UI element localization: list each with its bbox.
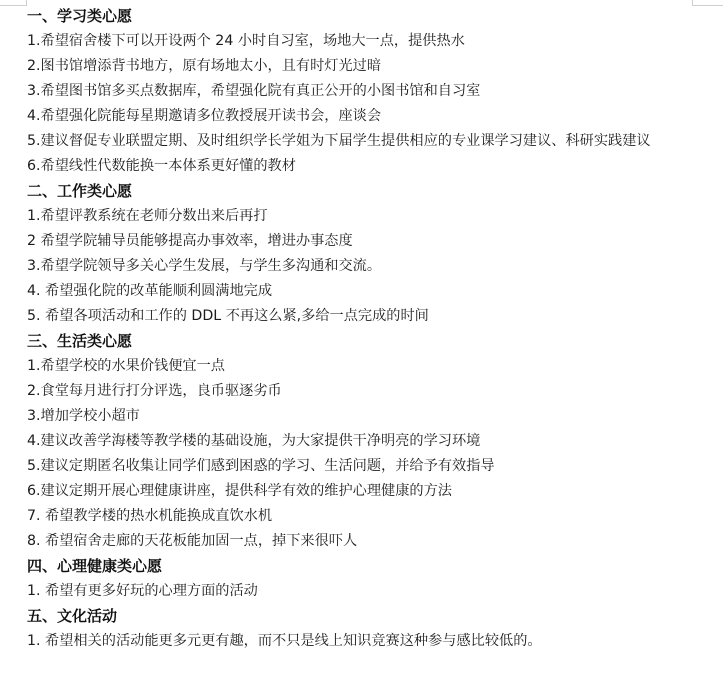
section-heading-life: 三、生活类心愿 xyxy=(27,329,717,354)
list-item: 2.食堂每月进行打分评选，良币驱逐劣币 xyxy=(27,379,717,404)
document-body: 一、学习类心愿 1.希望宿舍楼下可以开设两个 24 小时自习室，场地大一点，提供… xyxy=(27,4,717,654)
section-heading-study: 一、学习类心愿 xyxy=(27,4,717,29)
list-item: 4.希望强化院能每星期邀请多位教授展开读书会，座谈会 xyxy=(27,104,717,129)
list-item: 1. 希望相关的活动能更多元更有趣，而不只是线上知识竞赛这种参与感比较低的。 xyxy=(27,629,717,654)
list-item: 4. 希望强化院的改革能顺利圆满地完成 xyxy=(27,279,717,304)
list-item: 1.希望学校的水果价钱便宜一点 xyxy=(27,354,717,379)
section-heading-work: 二、工作类心愿 xyxy=(27,179,717,204)
list-item: 6.建议定期开展心理健康讲座，提供科学有效的维护心理健康的方法 xyxy=(27,479,717,504)
list-item: 1.希望评教系统在老师分数出来后再打 xyxy=(27,204,717,229)
section-heading-culture: 五、文化活动 xyxy=(27,604,717,629)
list-item: 1.希望宿舍楼下可以开设两个 24 小时自习室，场地大一点，提供热水 xyxy=(27,29,717,54)
list-item: 3.增加学校小超市 xyxy=(27,404,717,429)
list-item: 6.希望线性代数能换一本体系更好懂的教材 xyxy=(27,154,717,179)
list-item: 2 希望学院辅导员能够提高办事效率，增进办事态度 xyxy=(27,229,717,254)
list-item: 1. 希望有更多好玩的心理方面的活动 xyxy=(27,579,717,604)
section-heading-mental-health: 四、心理健康类心愿 xyxy=(27,554,717,579)
list-item: 5.建议督促专业联盟定期、及时组织学长学姐为下届学生提供相应的专业课学习建议、科… xyxy=(27,129,697,154)
list-item: 5. 希望各项活动和工作的 DDL 不再这么紧,多给一点完成的时间 xyxy=(27,304,717,329)
page-corner-mark-left xyxy=(0,0,27,6)
list-item: 8. 希望宿舍走廊的天花板能加固一点，掉下来很吓人 xyxy=(27,529,717,554)
list-item: 3.希望图书馆多买点数据库，希望强化院有真正公开的小图书馆和自习室 xyxy=(27,79,717,104)
list-item: 4.建议改善学海楼等教学楼的基础设施，为大家提供干净明亮的学习环境 xyxy=(27,429,717,454)
list-item: 3.希望学院领导多关心学生发展，与学生多沟通和交流。 xyxy=(27,254,717,279)
list-item: 2.图书馆增添背书地方，原有场地太小，且有时灯光过暗 xyxy=(27,54,717,79)
list-item: 7. 希望教学楼的热水机能换成直饮水机 xyxy=(27,504,717,529)
list-item: 5.建议定期匿名收集让同学们感到困惑的学习、生活问题，并给予有效指导 xyxy=(27,454,717,479)
